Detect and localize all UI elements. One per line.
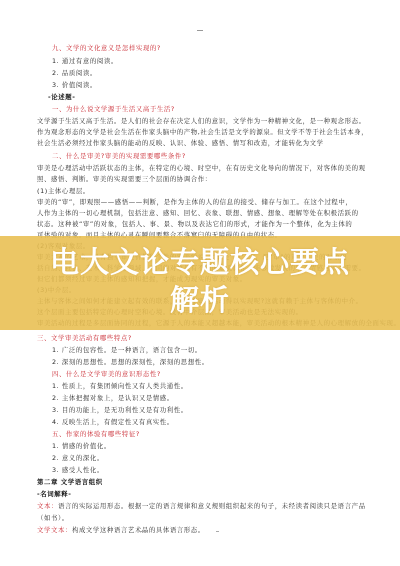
section-heading: -名词解释-	[37, 490, 71, 499]
text-line: 3. 目的功能上，是无功利性又是有功利性。	[52, 406, 188, 415]
definition-line: 文本：语言的实际运用形态。根据一定的语言规律和意义规则组织起来的句子，未经读者阅…	[37, 502, 366, 511]
section-heading: 第二章 文学语言组织	[37, 478, 103, 487]
question-heading: 五、作家的体验有哪些特征?	[52, 430, 140, 439]
definition-term: 文学文本：	[37, 526, 72, 534]
text-line: 4. 反映生活上，有假定性又有真实性。	[52, 418, 174, 427]
definition-line: （如书）。	[37, 514, 69, 523]
text-line: 审美是心理活动中活跃状态的主体，在特定的心境、时空中，在有历史文化导向的情况下，…	[37, 164, 366, 173]
definition-term: 文本：	[37, 502, 58, 510]
text-line: 2. 意义的深化。	[52, 454, 104, 463]
definition-text: （如书）。	[37, 514, 69, 522]
page-header-mark	[197, 30, 203, 31]
text-line: 社会生活必须经过作家头脑的能动的反映、认识、体验、感悟、情写和改造，才能转化为文…	[37, 139, 324, 148]
text-line: 1. 广泛的包容性。是一种语言，语言包含一切。	[52, 346, 202, 355]
definition-text: 构成文学这种语言艺术品的具体语言形态。	[72, 526, 205, 534]
question-heading: 一、为什么说文学源于生活又高于生活?	[52, 105, 175, 114]
text-line: 3. 感受人性化。	[52, 466, 104, 475]
page-footer-mark-right	[216, 531, 219, 532]
definition-text: 语言的实际运用形态。根据一定的语言规律和意义规则组织起来的句子，未经读者阅读只是…	[58, 502, 366, 510]
text-line: 人作为主体的一切心理机制，包括注意、感知、回忆、表象、联想、情感、想象、理解等处…	[37, 209, 359, 218]
banner-title-line1: 电大文论专题核心要点	[0, 244, 400, 280]
text-line: 2. 主体把握对象上，是认识又是情感。	[52, 394, 174, 403]
text-line: 2. 深刻的思想性。思想的深刻性，深刻的思想性。	[52, 358, 209, 367]
question-heading: 二、什么是审美?审美的实现需要哪些条件?	[52, 152, 186, 161]
banner-title-line2: 解析	[0, 282, 400, 318]
text-line: 作为观念形态的文学是社会生活在作家头脑中的产物,社会生活是文学的源泉。但文学不等…	[37, 128, 368, 137]
text-line: 3. 价值阅读。	[52, 81, 97, 90]
text-line: 审美的“审”，即观照——感悟——判断，是作为主体的人的信息的接受、储存与加工。在…	[37, 198, 352, 207]
text-line: 1. 性质上，有集团倾向性又有人类共通性。	[52, 382, 188, 391]
text-line: 1. 情感的价值化。	[52, 442, 111, 451]
text-line: (1)主体心理层。	[37, 187, 90, 196]
question-heading: 三、文学审美活动有哪些特点?	[37, 334, 132, 343]
section-heading: -论述题-	[48, 93, 75, 102]
question-heading: 九、文学的文化意义是怎样实现的?	[52, 44, 161, 53]
text-line: 照、感悟、判断。审美的实现需要三个层面的协调合作：	[37, 175, 212, 184]
definition-line: 文学文本：构成文学这种语言艺术品的具体语言形态。	[37, 526, 205, 535]
text-line: 状态。这种被“审”的对象，包括人、事、景、物以及表达它们的形式，才能作为一个整体…	[37, 220, 352, 229]
question-heading: 四、什么是文学审美的意识形态性?	[52, 370, 161, 379]
text-line: 文学源于生活又高于生活。是人们的社会存在决定人们的意识，文学作为一种精神文化，是…	[37, 117, 366, 126]
page-footer-mark-left	[141, 531, 147, 532]
text-line: 2. 品质阅读。	[52, 69, 97, 78]
text-line: 1. 通过有意的阅读。	[52, 57, 118, 66]
